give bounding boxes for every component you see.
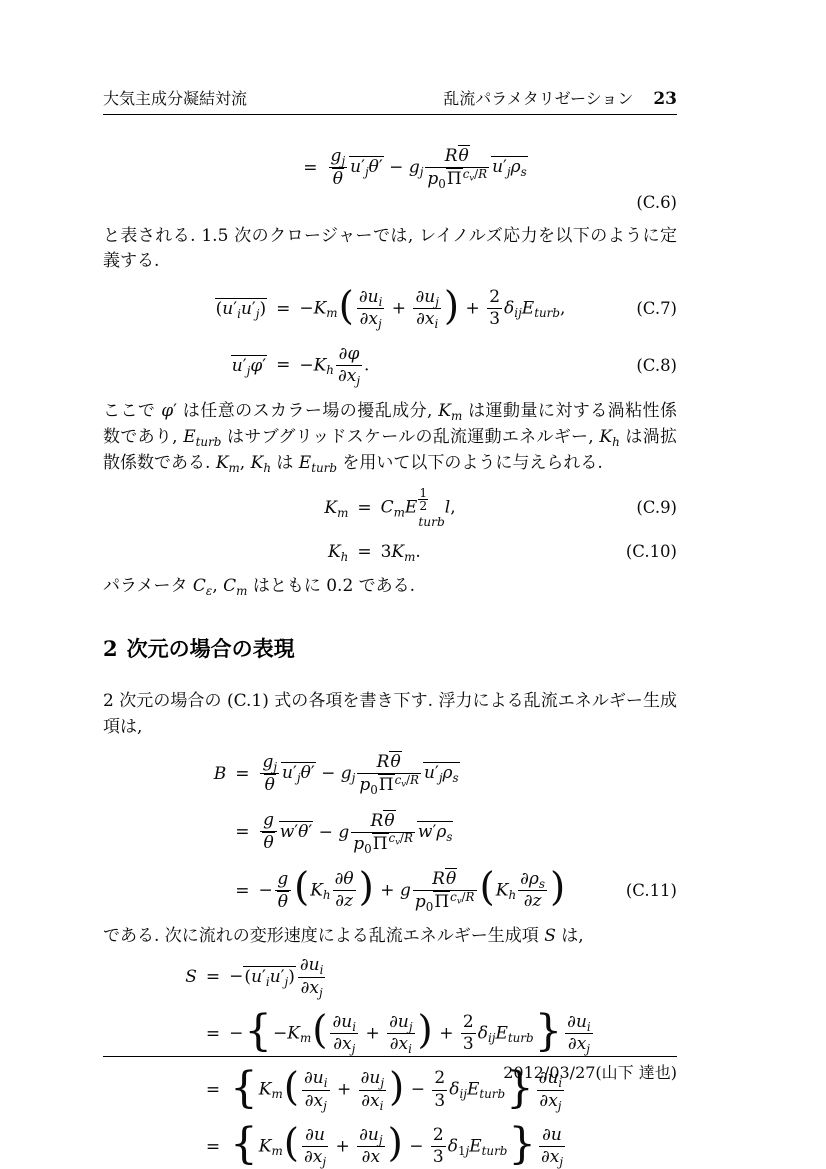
page-footer: 2012/03/27(山下 達也) — [103, 1056, 677, 1083]
equation-c8-lhs: u′jφ′ — [231, 355, 267, 377]
equation-c9-rhs: CmE12turbl, — [381, 487, 456, 529]
equation-s-row3-equals: = — [197, 1080, 229, 1100]
equation-s-row1-equals: = — [197, 967, 229, 987]
equation-c6-rhs: gjθu′jθ′ − gjRθp0Πcv/Ru′jρs — [327, 145, 528, 191]
header-left-title: 大気主成分凝結対流 — [103, 86, 247, 109]
equation-s-row2-rhs: −{−Km(∂ui∂xj + ∂uj∂xi) + 23δijEturb}∂ui∂… — [229, 1012, 595, 1056]
equation-b-row1-rhs: gjθu′jθ′ − gjRθp0Πcv/Ru′jρs — [258, 751, 459, 797]
equation-c8-equals: = — [267, 355, 299, 375]
equation-c10-rhs: 3Km. — [381, 542, 421, 562]
equation-s-row4-equals: = — [197, 1137, 229, 1157]
equation-c6: = gjθu′jθ′ − gjRθp0Πcv/Ru′jρs (C.6) — [103, 145, 677, 212]
equation-group-c9-c10: Km = CmE12turbl, (C.9) Kh = 3Km. (C.10) — [103, 487, 677, 562]
equation-c9-lhs: Km — [324, 498, 348, 518]
page-header: 大気主成分凝結対流 乱流パラメタリゼーション 23 — [103, 86, 677, 109]
equation-b-row3-rhs: −gθ(Kh∂θ∂z) + gRθp0Πcv/R(Kh∂ρs∂z) — [258, 868, 566, 914]
page-number: 23 — [653, 89, 677, 109]
equation-s-row4-rhs: {Km(∂u∂xj + ∂uj∂x) − 23δ1jEturb}∂u∂xj — [229, 1125, 567, 1169]
equation-b-row3-equals: = — [226, 881, 258, 901]
section-heading: 2次元の場合の表現 — [103, 633, 677, 663]
section-number: 2 — [103, 636, 118, 661]
equation-b-row2-equals: = — [226, 822, 258, 842]
page: 大気主成分凝結対流 乱流パラメタリゼーション 23 = gjθu′jθ′ − g… — [0, 0, 826, 1169]
equation-s-row1-rhs: −(u′iu′j)∂ui∂xj — [229, 955, 327, 999]
paragraph-coefficients: ここで φ′ は任意のスカラー場の擾乱成分, Km は運動量に対する渦粘性係数で… — [103, 399, 677, 476]
header-right-group: 乱流パラメタリゼーション 23 — [443, 86, 677, 109]
equation-c9-equals: = — [348, 498, 380, 518]
header-right-title: 乱流パラメタリゼーション — [443, 86, 633, 109]
equation-c10-lhs: Kh — [328, 542, 348, 562]
footer-date: 2012/03/27(山下 達也) — [103, 1060, 677, 1083]
equation-c10-number: (C.10) — [626, 542, 677, 561]
equation-b-row1-equals: = — [226, 764, 258, 784]
paragraph-closure-intro: と表される. 1.5 次のクロージャーでは, レイノルズ応力を以下のように定義す… — [103, 224, 677, 276]
equation-c11-number: (C.11) — [626, 881, 677, 900]
footer-rule — [103, 1056, 677, 1057]
section-title: 次元の場合の表現 — [127, 637, 295, 661]
equation-s-row1-lhs: S — [185, 967, 197, 987]
equation-c6-equals: = — [294, 158, 326, 178]
equation-c7-rhs: −Km(∂ui∂xj + ∂uj∂xi) + 23δijEturb, — [299, 287, 565, 331]
paragraph-shear-intro: である. 次に流れの変形速度による乱流エネルギー生成項 S は, — [103, 924, 677, 950]
equation-c8-number: (C.8) — [636, 356, 677, 375]
header-rule — [103, 114, 677, 115]
equation-b-row1-lhs: B — [214, 764, 227, 784]
equation-c6-grid: = gjθu′jθ′ − gjRθp0Πcv/Ru′jρs — [103, 145, 677, 191]
equation-b-row2-rhs: gθw′θ′ − gRθp0Πcv/Rw′ρs — [258, 810, 453, 856]
equation-c6-number: (C.6) — [103, 193, 677, 212]
page-content: 大気主成分凝結対流 乱流パラメタリゼーション 23 = gjθu′jθ′ − g… — [103, 86, 677, 1168]
equation-c7-lhs: (u′iu′j) — [215, 298, 267, 320]
equation-s-row2-equals: = — [197, 1024, 229, 1044]
equation-group-b: B = gjθu′jθ′ − gjRθp0Πcv/Ru′jρs = gθw′θ′… — [103, 751, 677, 914]
paragraph-parameters: パラメータ Cε, Cm はともに 0.2 である. — [103, 574, 677, 600]
equation-c7-number: (C.7) — [636, 299, 677, 318]
equation-c7-equals: = — [267, 299, 299, 319]
equation-group-c7-c8: (u′iu′j) = −Km(∂ui∂xj + ∂uj∂xi) + 23δijE… — [103, 287, 677, 387]
equation-c10-equals: = — [348, 542, 380, 562]
equation-c8-rhs: −Kh∂φ∂xj. — [299, 344, 369, 388]
equation-c9-number: (C.9) — [636, 498, 677, 517]
paragraph-2d-intro: 2 次元の場合の (C.1) 式の各項を書き下す. 浮力による乱流エネルギー生成… — [103, 689, 677, 741]
